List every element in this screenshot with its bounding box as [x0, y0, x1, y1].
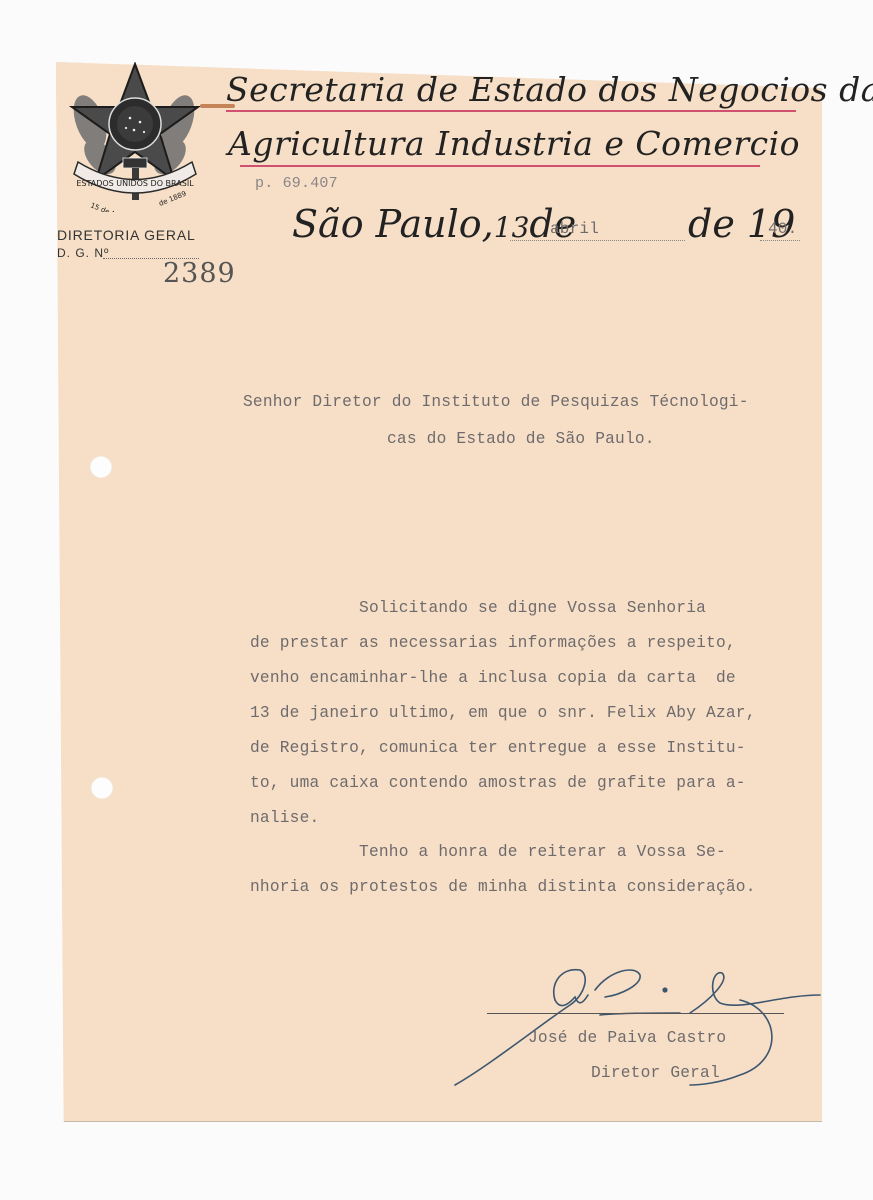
body-line: to, uma caixa contendo amostras de grafi…	[250, 774, 746, 792]
addressee-line-1: Senhor Diretor do Instituto de Pesquizas…	[243, 393, 749, 411]
year-dotted-line	[760, 240, 800, 241]
body-line: venho encaminhar-lhe a inclusa copia da …	[250, 669, 736, 687]
letterhead-title-line1: Secretaria de Estado dos Negocios da	[226, 70, 873, 109]
body-line: nalise.	[250, 809, 319, 827]
coat-of-arms-icon: ESTADOS UNIDOS DO BRASIL 15 de Novembro …	[60, 62, 210, 212]
dateline-month: abril	[550, 220, 599, 238]
svg-text:ESTADOS UNIDOS DO BRASIL: ESTADOS UNIDOS DO BRASIL	[76, 179, 194, 188]
dateline-city-name: São Paulo,	[292, 202, 494, 246]
title-underline-2	[240, 165, 760, 167]
title-underline-1	[226, 110, 796, 112]
dateline-year-suffix: 40.	[768, 220, 797, 238]
department-label: DIRETORIA GERAL	[57, 227, 196, 243]
body-line: de Registro, comunica ter entregue a ess…	[250, 739, 746, 757]
body-line: nhoria os protestos de minha distinta co…	[250, 878, 756, 896]
signatory-title: Diretor Geral	[591, 1064, 720, 1082]
body-line: 13 de janeiro ultimo, em que o snr. Feli…	[250, 704, 756, 722]
punch-hole-top	[90, 456, 112, 478]
body-line: Tenho a honra de reiterar a Vossa Se-	[250, 843, 726, 861]
body-line: de prestar as necessarias informações a …	[250, 634, 736, 652]
letterhead-title-line2: Agricultura Industria e Comercio	[228, 124, 800, 163]
punch-hole-bottom	[91, 777, 113, 799]
body-line: Solicitando se digne Vossa Senhoria	[250, 599, 706, 617]
dgn-label: D. G. Nº	[57, 246, 109, 260]
signatory-name: José de Paiva Castro	[528, 1029, 726, 1047]
protocol-number: p. 69.407	[255, 175, 338, 192]
svg-text:de 1889: de 1889	[158, 190, 188, 208]
paper-edge	[64, 1121, 822, 1122]
dgn-stamped-number: 2389	[163, 258, 236, 289]
month-dotted-line	[510, 240, 685, 241]
svg-text:15 de Novembro: 15 de Novembro	[89, 201, 146, 212]
signature-line	[487, 1013, 784, 1014]
addressee-line-2: cas do Estado de São Paulo.	[387, 430, 655, 448]
